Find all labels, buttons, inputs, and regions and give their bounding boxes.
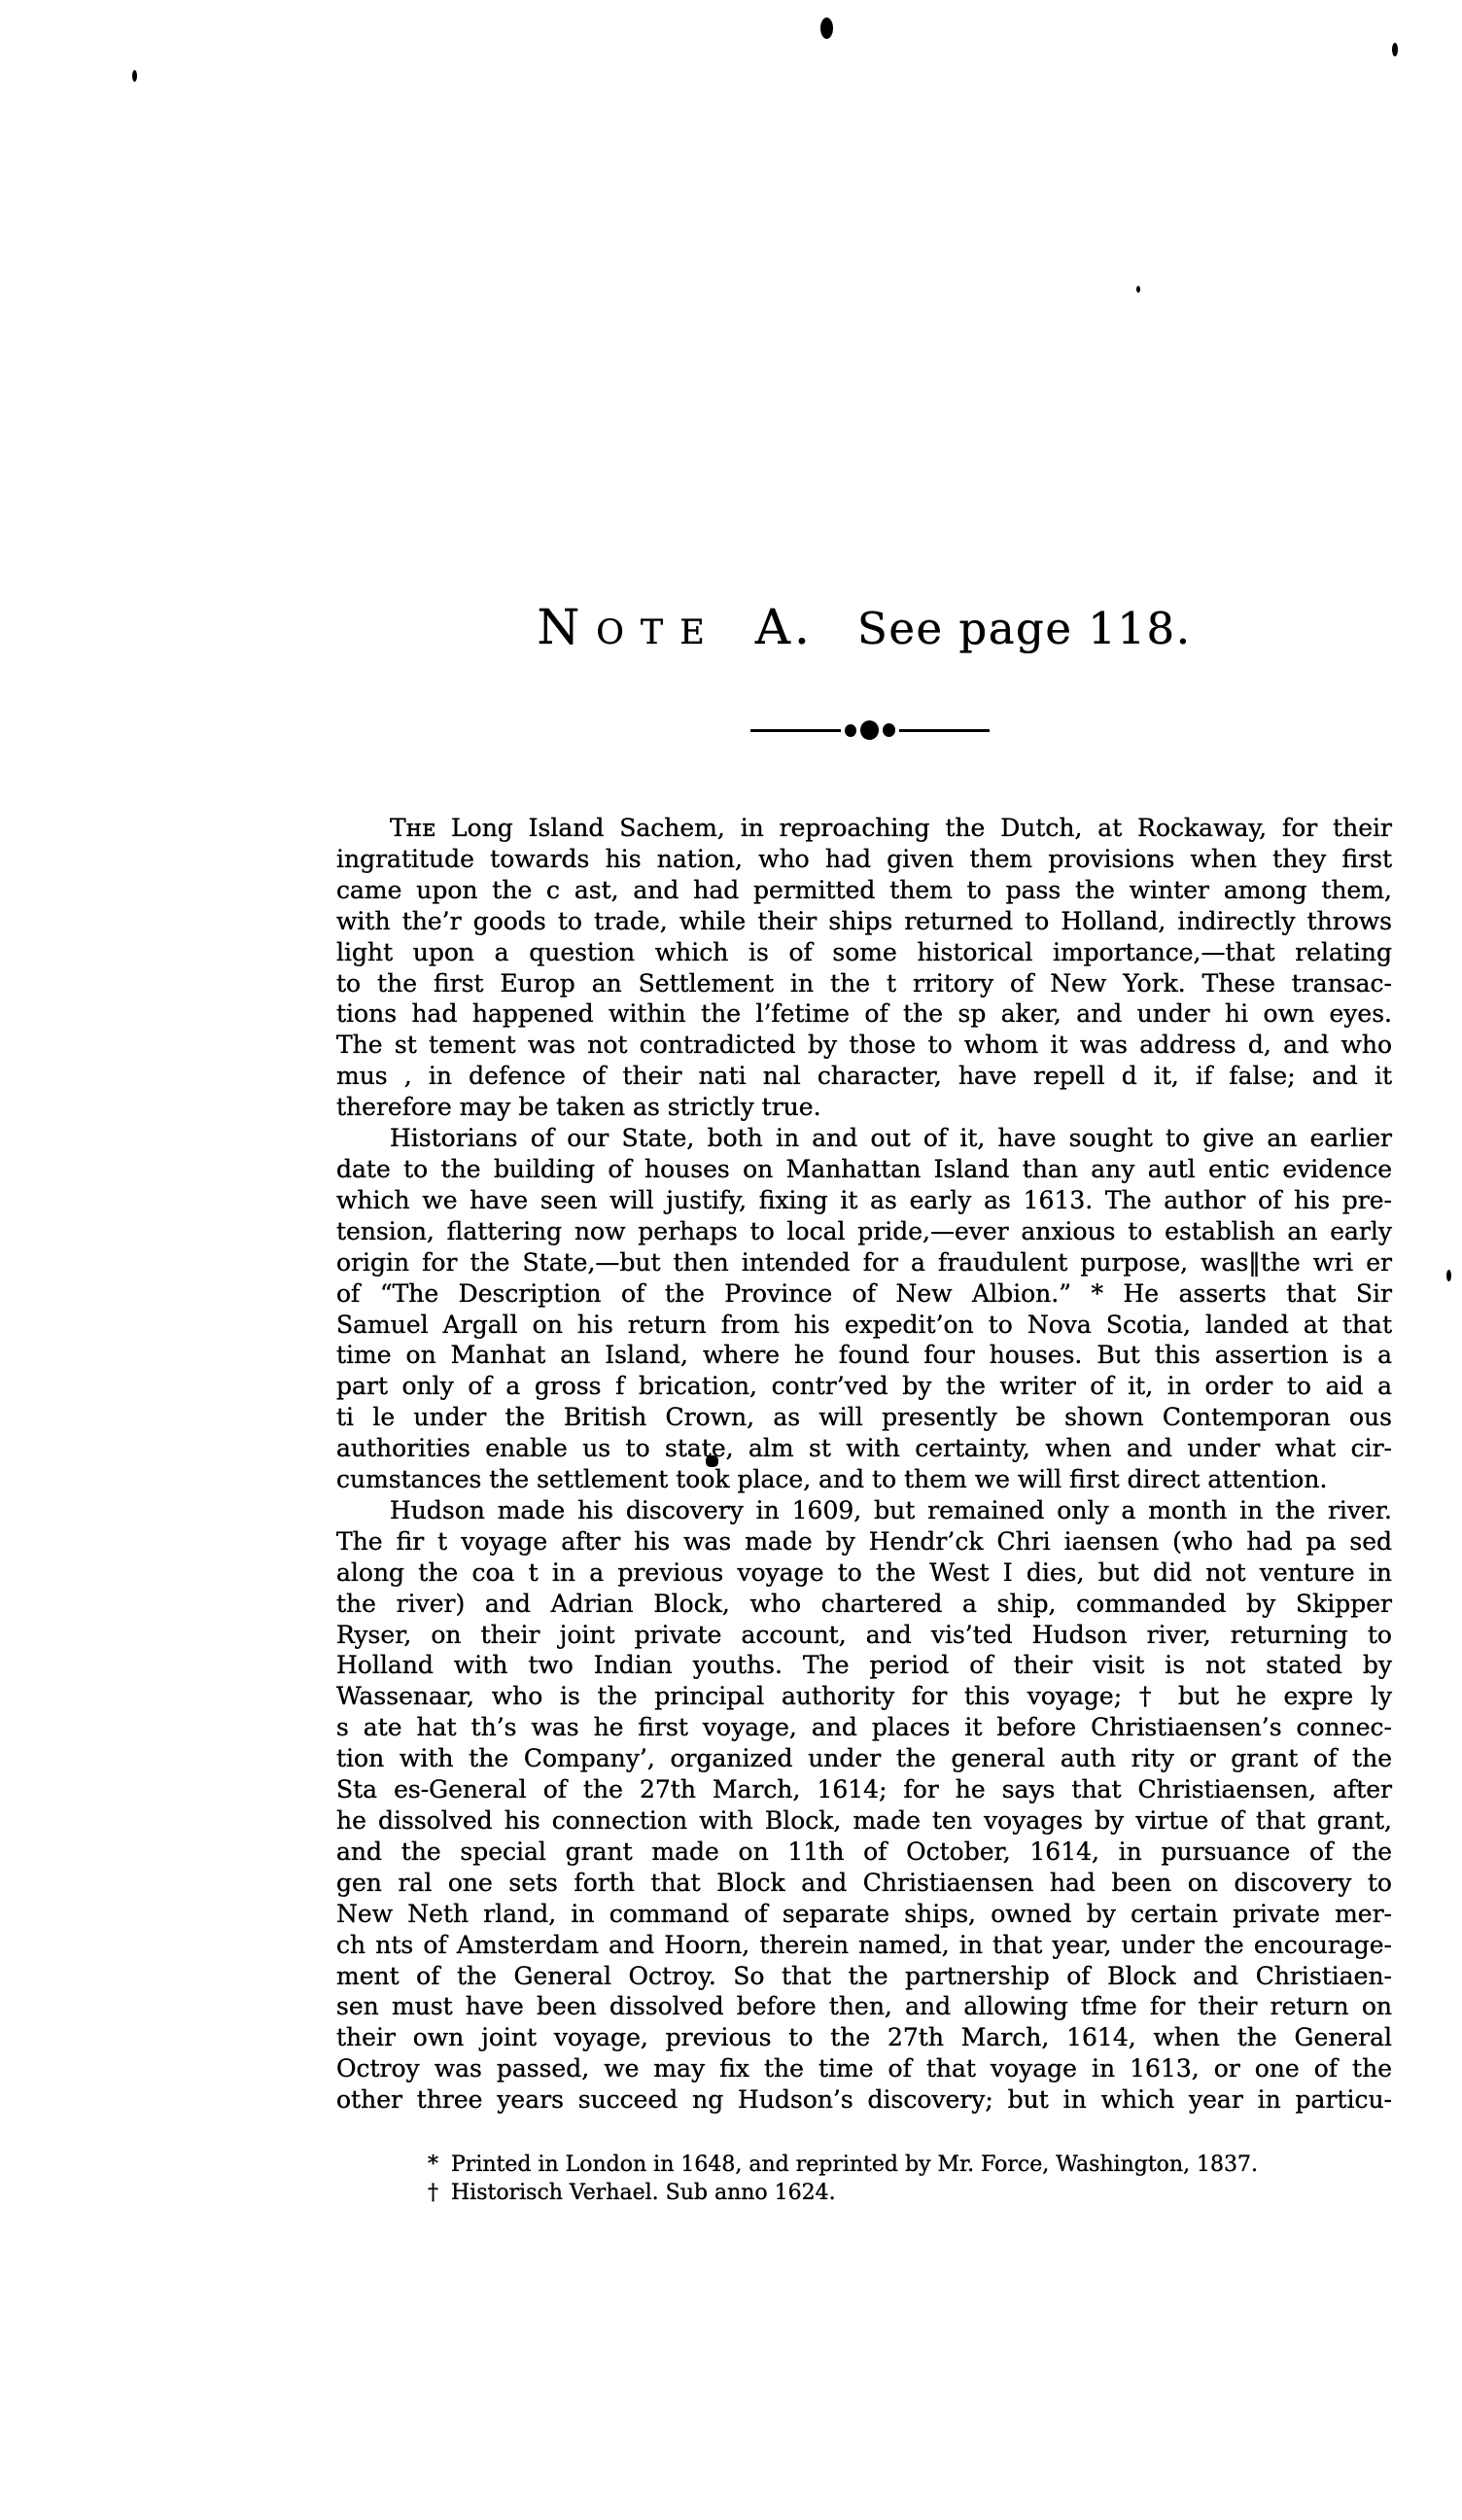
text-line: ch nts of Amsterdam and Hoorn, therein n… xyxy=(336,1930,1392,1961)
text-line: the river) and Adrian Block, who charter… xyxy=(336,1589,1392,1620)
text-line: The fir t voyage after his was made by H… xyxy=(336,1526,1392,1557)
text-line: cumstances the settlement took place, an… xyxy=(336,1464,1392,1495)
text-line: gen ral one sets forth that Block and Ch… xyxy=(336,1868,1392,1899)
text-line: with the’r goods to trade, while their s… xyxy=(336,906,1392,937)
page-title: Note A. See page 118. xyxy=(336,599,1392,655)
divider-rule-right xyxy=(899,729,990,732)
text-line: time on Manhat an Island, where he found… xyxy=(336,1340,1392,1371)
text-line: date to the building of houses on Manhat… xyxy=(336,1154,1392,1185)
text-line: and the special grant made on 11th of Oc… xyxy=(336,1837,1392,1868)
text-line: authorities enable us to state, alm st w… xyxy=(336,1433,1392,1464)
ink-speck xyxy=(706,1455,718,1467)
text-line: ingratitude towards his nation, who had … xyxy=(336,844,1392,875)
ink-speck xyxy=(1136,286,1140,293)
text-line: other three years succeed ng Hudson’s di… xyxy=(336,2084,1392,2116)
note-word: Note xyxy=(537,599,720,655)
text-line: which we have seen will justify, fixing … xyxy=(336,1185,1392,1216)
text-line: of “The Description of the Province of N… xyxy=(336,1278,1392,1310)
text-line: Sta es-General of the 27th March, 1614; … xyxy=(336,1774,1392,1805)
ink-speck xyxy=(132,70,137,82)
text-line: to the first Europ an Settlement in the … xyxy=(336,968,1392,999)
divider-dot-icon xyxy=(845,724,856,737)
divider-dot-icon xyxy=(883,723,895,737)
text-line: Samuel Argall on his return from his exp… xyxy=(336,1310,1392,1341)
text-line: tion with the Company’, organized under … xyxy=(336,1743,1392,1774)
text-line: came upon the c ast, and had permitted t… xyxy=(336,875,1392,906)
text-line: ment of the General Octroy. So that the … xyxy=(336,1961,1392,1992)
text-line: their own joint voyage, previous to the … xyxy=(336,2022,1392,2053)
text-line: therefore may be taken as strictly true. xyxy=(336,1092,1392,1123)
text-line: Wassenaar, who is the principal authorit… xyxy=(336,1681,1392,1712)
text-line: along the coa t in a previous voyage to … xyxy=(336,1557,1392,1589)
text-line: origin for the State,—but then intended … xyxy=(336,1247,1392,1278)
text-line: mus , in defence of their nati nal chara… xyxy=(336,1061,1392,1092)
divider-dot-icon xyxy=(860,720,879,740)
footnote: †Historisch Verhael. Sub anno 1624. xyxy=(428,2179,1390,2207)
ink-speck xyxy=(1446,1270,1451,1281)
text-line: The st tement was not contradicted by th… xyxy=(336,1030,1392,1061)
paragraph: Hudson made his discovery in 1609, but r… xyxy=(336,1495,1392,2116)
text-line: New Neth rland, in command of separate s… xyxy=(336,1899,1392,1930)
text-line: s ate hat th’s was he first voyage, and … xyxy=(336,1712,1392,1743)
text-line: light upon a question which is of some h… xyxy=(336,937,1392,968)
text-line: part only of a gross f brication, contr’… xyxy=(336,1371,1392,1402)
text-line: ti le under the British Crown, as will p… xyxy=(336,1402,1392,1433)
text-line: tions had happened within the l’fetime o… xyxy=(336,998,1392,1030)
paragraph: Historians of our State, both in and out… xyxy=(336,1123,1392,1495)
scanned-book-page: Note A. See page 118. Tʜᴇ Long Island Sa… xyxy=(0,0,1462,2520)
footnote-marker: * xyxy=(428,2151,441,2179)
text-line: Tʜᴇ Long Island Sachem, in reproaching t… xyxy=(336,813,1392,844)
body-text: Tʜᴇ Long Island Sachem, in reproaching t… xyxy=(336,813,1392,2116)
divider-rule-left xyxy=(750,729,841,732)
paragraph: Tʜᴇ Long Island Sachem, in reproaching t… xyxy=(336,813,1392,1123)
text-line: sen must have been dissolved before then… xyxy=(336,1991,1392,2022)
footnote-marker: † xyxy=(428,2179,441,2207)
text-line: Historians of our State, both in and out… xyxy=(336,1123,1392,1154)
footnotes: *Printed in London in 1648, and reprinte… xyxy=(428,2151,1390,2207)
ink-speck xyxy=(820,17,833,39)
text-line: he dissolved his connection with Block, … xyxy=(336,1805,1392,1837)
text-line: Holland with two Indian youths. The peri… xyxy=(336,1650,1392,1681)
text-line: Hudson made his discovery in 1609, but r… xyxy=(336,1495,1392,1526)
footnote-text: Printed in London in 1648, and reprinted… xyxy=(451,2152,1258,2177)
text-line: tension, flattering now perhaps to local… xyxy=(336,1216,1392,1247)
page-reference: See page 118. xyxy=(857,603,1191,654)
text-line: Octroy was passed, we may fix the time o… xyxy=(336,2053,1392,2084)
note-letter: A. xyxy=(755,599,814,655)
ornament-divider xyxy=(750,719,990,741)
ink-speck xyxy=(1392,43,1398,56)
footnote-text: Historisch Verhael. Sub anno 1624. xyxy=(451,2181,836,2205)
text-line: Ryser, on their joint private account, a… xyxy=(336,1620,1392,1651)
footnote: *Printed in London in 1648, and reprinte… xyxy=(428,2151,1390,2179)
